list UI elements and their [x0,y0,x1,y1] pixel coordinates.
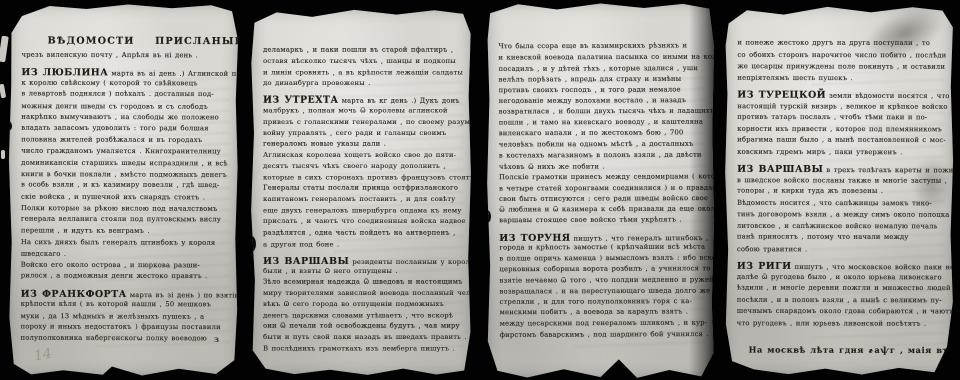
text-line: миру творителями завислной воевода посла… [263,289,466,300]
text-line: Что была ссора еще въ казимирскихъ рѣзня… [498,41,708,53]
text-line: церковныя соборныя ворота розбилъ , а уч… [499,264,709,276]
text-line: привезъ с голанскими генералами , по сво… [263,118,466,129]
text-line: Зѣло всемирная надежда ѿ шведовъ и насто… [263,278,466,289]
text-line: быти и путь свой паки назадъ въ шведахъ … [263,333,466,344]
text-line: половина жителей розбѣжалася и въ города… [21,135,233,147]
dateline-city: ИЗ РИГИ [737,261,792,272]
colophon-line: На москвѣ лѣта гдня ҂аѱг , маія въ а ден… [737,344,948,356]
text-line: вѣкъ ѿ сего города во отпущеніи подможны… [263,300,466,311]
paper-fragment [0,84,6,99]
dateline-city: ИЗ ТУРЕЦКОЙ [737,89,826,100]
text-line: настоящій турскій визирь , великое и крѣ… [737,102,948,114]
handwritten-text-page-4: и понеже жестоко другъ на друга поступал… [737,39,949,357]
manuscript-page-3: Что была ссора еще въ казимирскихъ рѣзня… [486,2,715,379]
section-heading-line: ИЗ ТУРЕЦКОЙземли вѣдомости носятся , что [737,89,948,101]
text-line: ибрагима паши было , а нынѣ постановленн… [737,135,948,147]
text-line: взятіе нечаемо ѿ того , что полдни медле… [499,275,709,287]
text-line: со обоихъ сторонъ нарочитое число побито… [737,50,948,62]
text-line: а другая под боне . [263,240,466,251]
text-line: генераломъ новые указы дали . [263,139,466,150]
text-line: десятъ тысячъ чѣхъ своего народу дополни… [263,162,466,173]
torn-edge-nick [483,210,491,223]
dateline-city: ИЗ ФРАНКФОРТА [21,288,127,299]
masthead-title: ВѢДОМОСТИ ПРИСЛАНЫЕ [21,35,233,51]
text-line: между цесарскими под генераломъ шликомъ … [500,319,710,331]
manuscript-scan: ВѢДОМОСТИ ПРИСЛАНЫЕчрезъ виленскую почту… [0,0,960,380]
manuscript-page-1: ВѢДОМОСТИ ПРИСЛАНЫЕчрезъ виленскую почту… [8,3,239,377]
handwritten-text-page-1: ВѢДОМОСТИ ПРИСЛАНЫЕчрезъ виленскую почту… [20,36,233,347]
handwritten-text-page-2: деламаркъ , и паки пошли въ старой пфалт… [263,46,466,356]
text-line: Полскіе грамотки принесъ между сендомирц… [499,172,709,184]
text-line: число гражданомъ умаляется . Книгохранит… [21,147,233,159]
text-line: деламаркъ , и паки пошли въ старой пфалт… [263,46,466,57]
text-line: Полки которые за рѣкою вислою под началс… [21,204,233,216]
text-line: тинъ договоромъ взяли , а между симъ око… [737,210,948,222]
text-line: еще двухъ генераловъ шверцбурга опдама к… [263,207,466,218]
torn-edge-nick [5,121,12,131]
section-heading-line: ИЗ ТОРУНЯпишутъ , что генералъ штинбокъ … [499,232,709,244]
text-line: литовское , и сапѣжинское войско немалую… [737,221,948,233]
text-line: На сихъ дняхъ былъ генералъ штинбокъ у к… [21,238,233,250]
text-line: же цесарцы принуждены поле покинуть , и … [737,62,948,74]
text-line: капитаномъ генераломъ поставить , и для … [263,195,466,206]
text-line: топоры , и кирки туда жъ повезены . [737,186,948,198]
text-line: варшавы стоящее свое войско тѣми укрѣпят… [499,215,709,227]
text-line: фирстомъ баварскимъ , под шардинго бой у… [500,330,710,342]
text-line: оставя нѣсколко тысячъ чѣхъ , шанцы и по… [263,57,466,68]
torn-edge-nick [247,236,256,252]
text-line: ковскимъ гдремъ миръ , паки утверженъ . [737,147,948,159]
text-line: В послѣднихъ грамоткахъ изъ лемберга пиш… [263,345,466,356]
text-line: и киевской воевода палатина пасынка со и… [498,52,708,64]
paper-fragment [1,150,5,159]
text-line: прислать , и чаютъ что соединенныя войск… [263,217,466,228]
text-line: шведскаго . [21,249,233,261]
text-line: и линіи сровнять , а въ крѣпости лежащіи… [263,69,466,80]
dateline-city: ИЗ ВАРШАВЫ [737,164,823,175]
binding-shadow [689,2,715,379]
text-line: возвращалася . и на переступающаго шведа… [499,286,709,298]
text-line: Генералы статы послали принца остфризлан… [263,184,466,195]
text-line: города и крѣпость замостье ( крѣпчайшии … [499,243,709,255]
text-line: посадилъ , и у дѣтей тѣхъ , которые здал… [498,64,708,76]
text-line: негодованіе между волохами востало , и н… [499,96,709,108]
handwritten-text-page-3: Что была ссора еще въ казимирскихъ рѣзня… [498,42,709,342]
text-line: корности ихъ привести , которое под плем… [737,124,948,136]
text-line: собою травитися . [737,245,948,257]
text-line: панѣ приносятъ , потому что начали между [737,232,948,244]
dateline-city: ИЗ ВАРШАВЫ [263,256,349,267]
text-line: полуполковника набергенскогѡ полку воево… [20,334,232,346]
text-line: они ѿ печали той освобождены будутъ , ча… [263,322,466,333]
pencil-page-number: 14 [33,346,53,365]
text-line: в особь взяли , и къ казимиру повезли , … [21,181,233,193]
text-line: в левартовѣ поднялся ) поѣхалъ . досталн… [21,90,233,102]
section-heading-line: ИЗ ФРАНКФОРТАмарта въ зі день ) по взяті… [21,288,233,300]
text-line: доминиканскіи старшихъ шведы испразднили… [21,158,233,170]
paper-fragment [0,36,9,63]
dateline-city: ИЗ ЛЮБЛИНА [21,67,108,78]
text-line: пороху и иныхъ недостатокъ ) французы по… [21,322,233,334]
dateline-city: ИЗ УТРЕХТА [263,95,339,106]
section-heading-line: ИЗ УТРЕХТАмарта въ кг день .) Дукъ донъ [263,95,466,106]
text-line: рилося , а подможныя денги жестоко правя… [21,272,233,284]
text-line: противъ татаръ послалъ , чтобъ тѣми паки… [737,113,948,125]
text-line: непріятелямъ шесть пушекъ . [737,73,948,85]
text-line: чрезъ виленскую почту , Апрѣля въ ні ден… [21,51,233,63]
manuscript-page-4: и понеже жестоко другъ на друга поступал… [724,5,954,376]
section-heading-line: ИЗ РИГИпишутъ , что московское войско па… [737,261,948,273]
text-line: раздѣлятся , одна часть пойдетъ на антве… [263,228,466,239]
text-line: далѣе ѿ ругодева было , и около юрьева л… [737,272,948,284]
text-line: свои быть отписуются : сего ради шведы в… [499,194,709,206]
text-line: менскими побитъ , а воевода за караулъ в… [500,308,710,320]
text-line: противъ своихъ господъ , и того ради нем… [499,85,709,97]
dateline-city: ИЗ ТОРУНЯ [499,233,570,244]
quire-signature: з [214,335,219,345]
text-line: скіе войска , и пушечной ихъ снарядъ сто… [21,192,233,204]
text-line: были , и взяты ѿ него отпущены . [263,267,466,278]
section-heading-line: ИЗ ВАРШАВЫв трехъ телѣгахъ кареты и пожи… [737,164,948,176]
text-line: перешли , и идутъ къ венграмъ . [21,226,233,238]
text-line: шечнымъ снарядомъ около гдова собираются… [737,307,948,319]
section-heading-line: ИЗ ЛЮБЛИНАмарта въ аі день .) Аглинской … [21,67,233,79]
text-line: Вѣдомость носится , что сапѣжинцы замокъ… [737,198,948,210]
section-heading-line: ИЗ ВАРШАВЫрезиденты посланныи у короля ш… [263,256,466,267]
text-line: накрѣпко вымучиваютъ , на слободы же пол… [21,113,233,125]
text-line: можныя денги шведы съ городовъ и съ слоб… [21,102,233,114]
text-line: войну управлять , сего ради и галанцы св… [263,129,466,140]
text-line: до динанбурга провожены . [263,79,466,90]
text-line: в четыре статей хоронгвами соединилися )… [499,183,709,195]
text-line: малбрукъ , полная мочь ѿ королевы аглинс… [263,107,466,118]
manuscript-page-2: деламаркъ , и паки пошли въ старой пфалт… [250,8,472,376]
text-line: посѣкли , и в полонъ взяли , а нынѣ с ве… [737,295,948,307]
text-line: ѣздили , и многіе деревни пожгли и множе… [737,283,948,295]
text-line: что ругодевъ , или юрьевъ ливонской посѣ… [737,319,948,331]
text-line: в костелахъ магазиномъ в полонъ взяли , … [499,150,709,162]
text-line: виленскаго напали , и по жестокомъ бою ,… [499,128,709,140]
text-line: и понеже жестоко другъ на друга поступал… [737,38,948,50]
text-line: крѣпости кѣля ( въ которой нашли , 50 ме… [21,300,233,312]
text-line: Аглинская королева хощетъ войско свое до… [263,151,466,162]
